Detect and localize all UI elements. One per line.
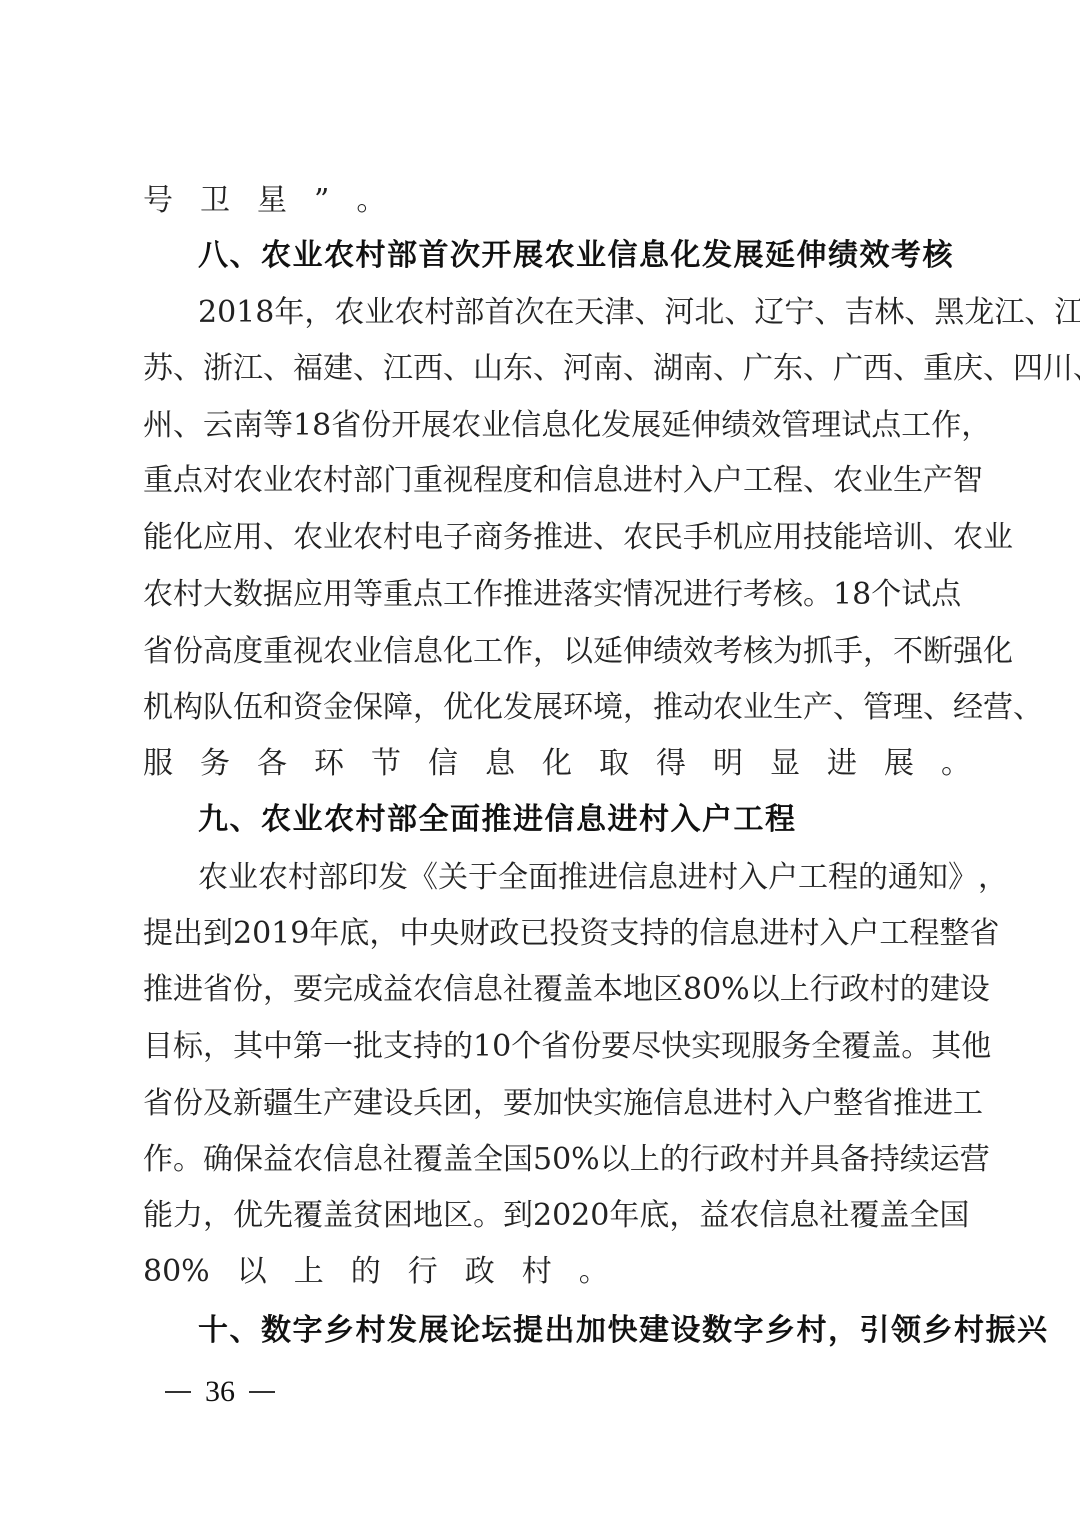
body-line: 推进省份，要完成益农信息社覆盖本地区80%以上行政村的建设 [143, 970, 943, 1010]
body-line: 省份及新疆生产建设兵团，要加快实施信息进村入户整省推进工 [143, 1084, 943, 1124]
body-line: 机构队伍和资金保障，优化发展环境，推动农业生产、管理、经营、 [143, 688, 943, 728]
page-number-value: 36 [205, 1372, 235, 1412]
body-line: 服务各环节信息化取得明显进展。 [143, 744, 943, 784]
body-line: 农业农村部印发《关于全面推进信息进村入户工程的通知》， [198, 858, 943, 898]
body-line: 苏、浙江、福建、江西、山东、河南、湖南、广东、广西、重庆、四川、贵 [143, 349, 943, 389]
dash-right [249, 1391, 275, 1393]
page-number: 36 [165, 1372, 275, 1412]
body-line: 80%以上的行政村。 [143, 1252, 943, 1292]
section-heading-10: 十、数字乡村发展论坛提出加快建设数字乡村，引领乡村振兴 [198, 1311, 1049, 1351]
body-line: 农村大数据应用等重点工作推进落实情况进行考核。18个试点 [143, 575, 943, 615]
body-line: 重点对农业农村部门重视程度和信息进村入户工程、农业生产智 [143, 461, 943, 501]
body-line: 目标，其中第一批支持的10个省份要尽快实现服务全覆盖。其他 [143, 1027, 943, 1067]
body-line: 提出到2019年底，中央财政已投资支持的信息进村入户工程整省 [143, 914, 943, 954]
section-heading-8: 八、农业农村部首次开展农业信息化发展延伸绩效考核 [198, 236, 954, 276]
document-page: 号卫星”。 八、农业农村部首次开展农业信息化发展延伸绩效考核 2018年，农业农… [0, 0, 1080, 1527]
body-line: 号卫星”。 [143, 181, 943, 221]
dash-left [165, 1391, 191, 1393]
body-line: 作。确保益农信息社覆盖全国50%以上的行政村并具备持续运营 [143, 1140, 943, 1180]
section-heading-9: 九、农业农村部全面推进信息进村入户工程 [198, 800, 797, 840]
body-line: 省份高度重视农业信息化工作，以延伸绩效考核为抓手，不断强化 [143, 632, 943, 672]
body-line: 能化应用、农业农村电子商务推进、农民手机应用技能培训、农业 [143, 518, 943, 558]
body-line: 州、云南等18省份开展农业信息化发展延伸绩效管理试点工作， [143, 406, 943, 446]
body-line: 2018年，农业农村部首次在天津、河北、辽宁、吉林、黑龙江、江 [198, 293, 943, 333]
body-line: 能力，优先覆盖贫困地区。到2020年底，益农信息社覆盖全国 [143, 1196, 943, 1236]
